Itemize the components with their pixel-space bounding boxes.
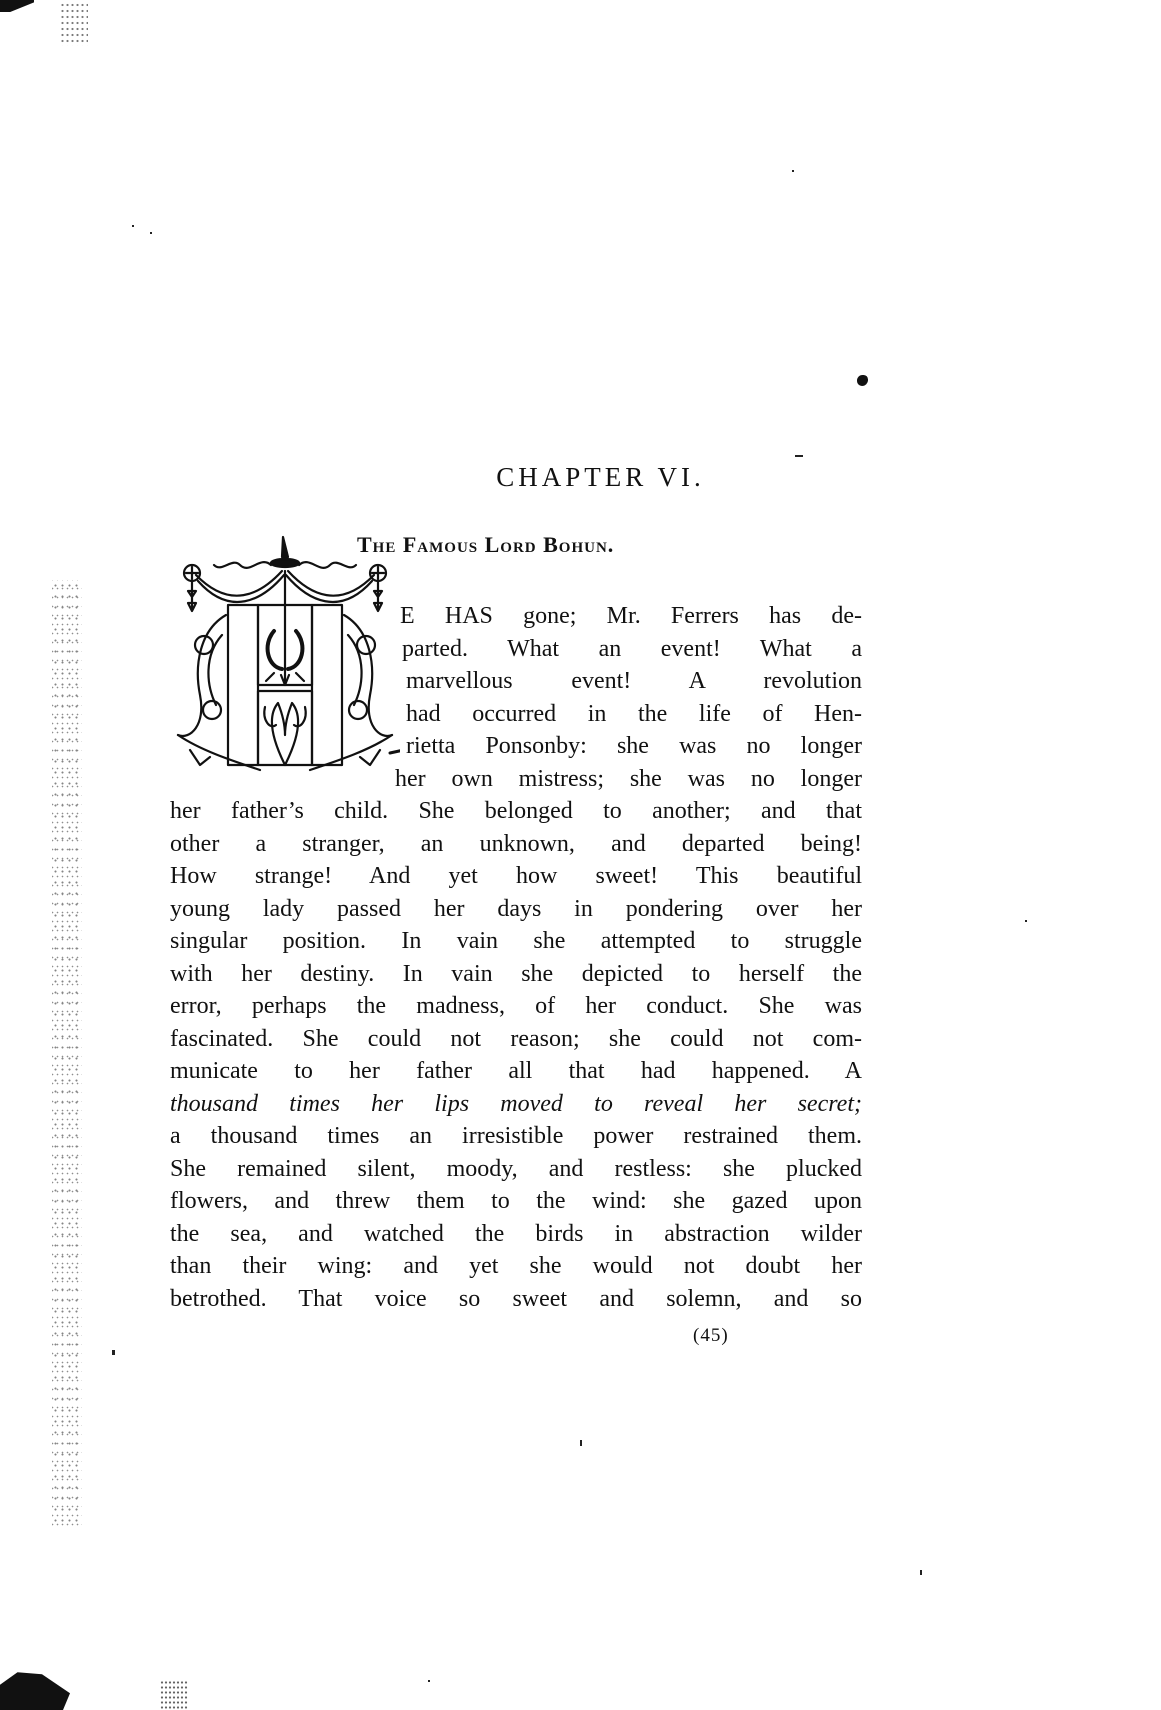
text-line: municate to her father all that had happ… [170,1055,862,1087]
text-line: a thousand times an irresistible power r… [170,1120,862,1152]
scan-artifact-bottom-blot [0,1668,70,1710]
scan-artifact-bottom-noise [160,1680,188,1710]
speck [1025,920,1027,922]
scan-artifact-gutter [52,580,82,1530]
speck [580,1440,582,1446]
text-line: marvellous event! A revolution [406,665,862,697]
text-line: E HAS gone; Mr. Ferrers has de- [400,600,862,632]
text-line: the sea, and watched the birds in abstra… [170,1218,862,1250]
speck [428,1680,430,1682]
speck [112,1350,115,1355]
text-line: parted. What an event! What a [402,633,862,665]
text-line: young lady passed her days in pondering … [170,893,862,925]
speck [132,225,134,227]
speck [920,1570,922,1575]
text-line: had occurred in the life of Hen- [406,698,862,730]
speck [795,455,803,457]
text-line: than their wing: and yet she would not d… [170,1250,862,1282]
speck [150,232,152,234]
book-page: CHAPTER VI. The Famous Lord Bohun. [0,0,1161,1710]
scan-artifact-top-noise [60,2,88,46]
page-number: (45) [693,1325,729,1347]
text-line: How strange! And yet how sweet! This bea… [170,860,862,892]
text-line: thousand times her lips moved to reveal … [170,1088,862,1120]
text-line: fascinated. She could not reason; she co… [170,1023,862,1055]
text-line: rietta Ponsonby: she was no longer [406,730,862,762]
text-line: error, perhaps the madness, of her condu… [170,990,862,1022]
text-line: betrothed. That voice so sweet and solem… [170,1283,862,1315]
text-line: She remained silent, moody, and restless… [170,1153,862,1185]
ornamental-drop-cap-icon [170,535,400,775]
text-line: singular position. In vain she attempted… [170,925,862,957]
text-line: her own mistress; she was no longer [395,763,862,795]
text-line: with her destiny. In vain she depicted t… [170,958,862,990]
text-line: her father’s child. She belonged to anot… [170,795,862,827]
speck [792,170,794,172]
chapter-title: CHAPTER VI. [0,462,1161,493]
text-line: other a stranger, an unknown, and depart… [170,828,862,860]
scan-artifact-corner [0,0,34,12]
ink-spot [857,375,868,386]
text-line: flowers, and threw them to the wind: she… [170,1185,862,1217]
